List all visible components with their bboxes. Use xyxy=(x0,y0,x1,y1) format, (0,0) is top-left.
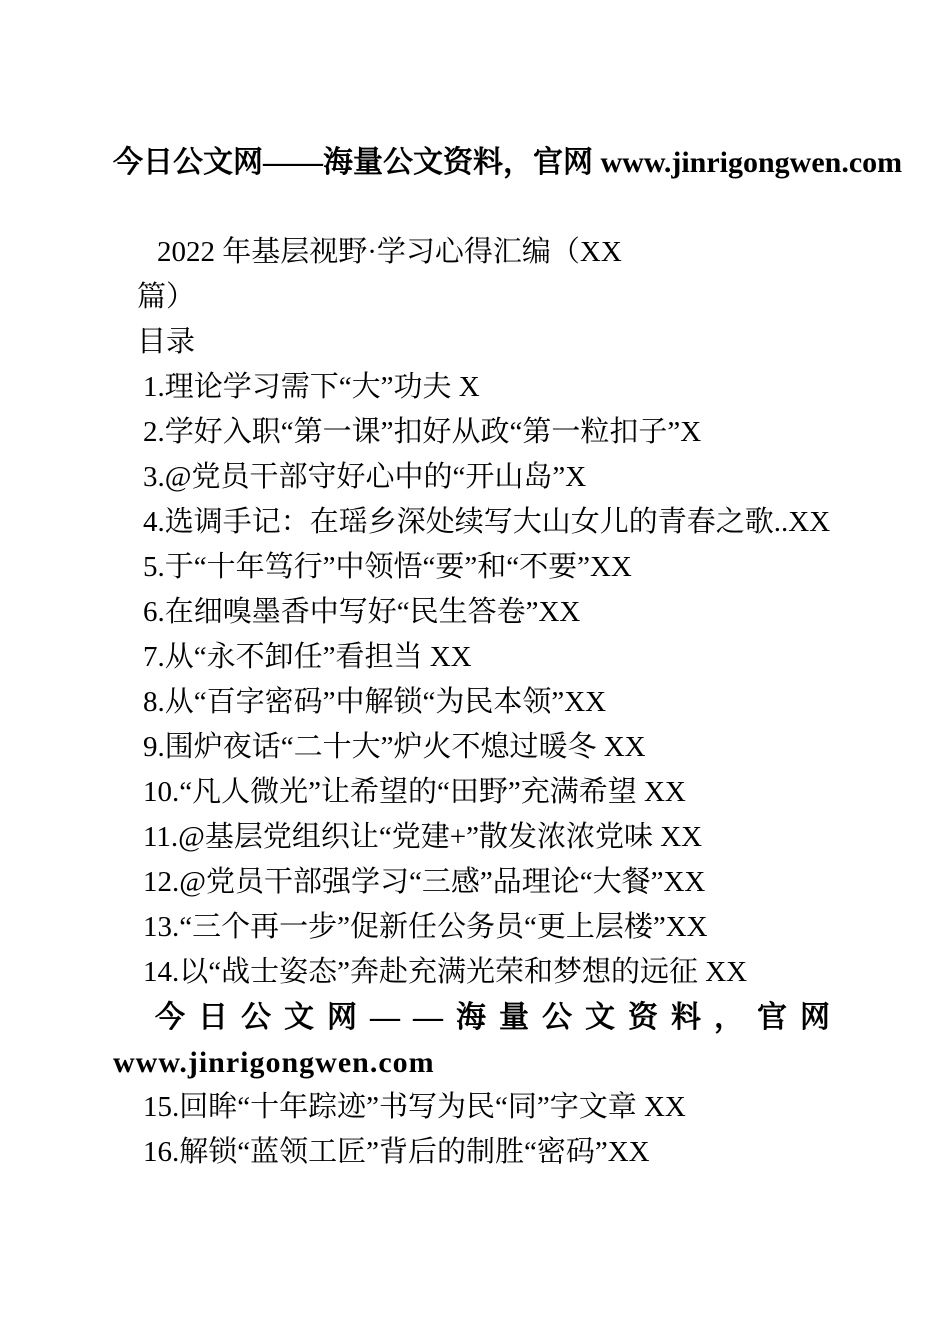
document-title-line1: 2022 年基层视野·学习心得汇编（XX xyxy=(113,230,835,275)
toc-item: 16.解锁“蓝领工匠”背后的制胜“密码”XX xyxy=(113,1130,835,1175)
toc-item: 10.“凡人微光”让希望的“田野”充满希望 XX xyxy=(113,770,835,815)
toc-item: 9.围炉夜话“二十大”炉火不熄过暖冬 XX xyxy=(113,725,835,770)
toc-item: 5.于“十年笃行”中领悟“要”和“不要”XX xyxy=(113,545,835,590)
document-title-line2: 篇） xyxy=(113,275,835,320)
toc-item: 6.在细嗅墨香中写好“民生答卷”XX xyxy=(113,590,835,635)
toc-item: 15.回眸“十年踪迹”书写为民“同”字文章 XX xyxy=(113,1085,835,1130)
toc-item: 7.从“永不卸任”看担当 XX xyxy=(113,635,835,680)
toc-item: 1.理论学习需下“大”功夫 X xyxy=(113,365,835,410)
toc-item: 2.学好入职“第一课”扣好从政“第一粒扣子”X xyxy=(113,410,835,455)
toc-list-continued: 15.回眸“十年踪迹”书写为民“同”字文章 XX 16.解锁“蓝领工匠”背后的制… xyxy=(113,1085,835,1175)
document-title: 2022 年基层视野·学习心得汇编（XX 篇） xyxy=(113,230,835,320)
site-watermark-header: 今日公文网——海量公文资料，官网 www.jinrigongwen.com xyxy=(113,140,835,185)
toc-item: 12.@党员干部强学习“三感”品理论“大餐”XX xyxy=(113,860,835,905)
toc-item: 3.@党员干部守好心中的“开山岛”X xyxy=(113,455,835,500)
site-watermark-banner-url: www.jinrigongwen.com xyxy=(113,1040,835,1085)
toc-list: 1.理论学习需下“大”功夫 X 2.学好入职“第一课”扣好从政“第一粒扣子”X … xyxy=(113,365,835,995)
site-watermark-banner-line1: 今日公文网——海量公文资料，官网 xyxy=(113,995,835,1040)
toc-item: 13.“三个再一步”促新任公务员“更上层楼”XX xyxy=(113,905,835,950)
toc-item: 14.以“战士姿态”奔赴充满光荣和梦想的远征 XX xyxy=(113,950,835,995)
toc-item: 8.从“百字密码”中解锁“为民本领”XX xyxy=(113,680,835,725)
toc-item: 4.选调手记：在瑶乡深处续写大山女儿的青春之歌..XX xyxy=(113,500,835,545)
site-watermark-banner: 今日公文网——海量公文资料，官网 www.jinrigongwen.com xyxy=(113,995,835,1085)
toc-item: 11.@基层党组织让“党建+”散发浓浓党味 XX xyxy=(113,815,835,860)
document-page: 今日公文网——海量公文资料，官网 www.jinrigongwen.com 20… xyxy=(0,0,950,1344)
toc-heading: 目录 xyxy=(113,320,835,365)
